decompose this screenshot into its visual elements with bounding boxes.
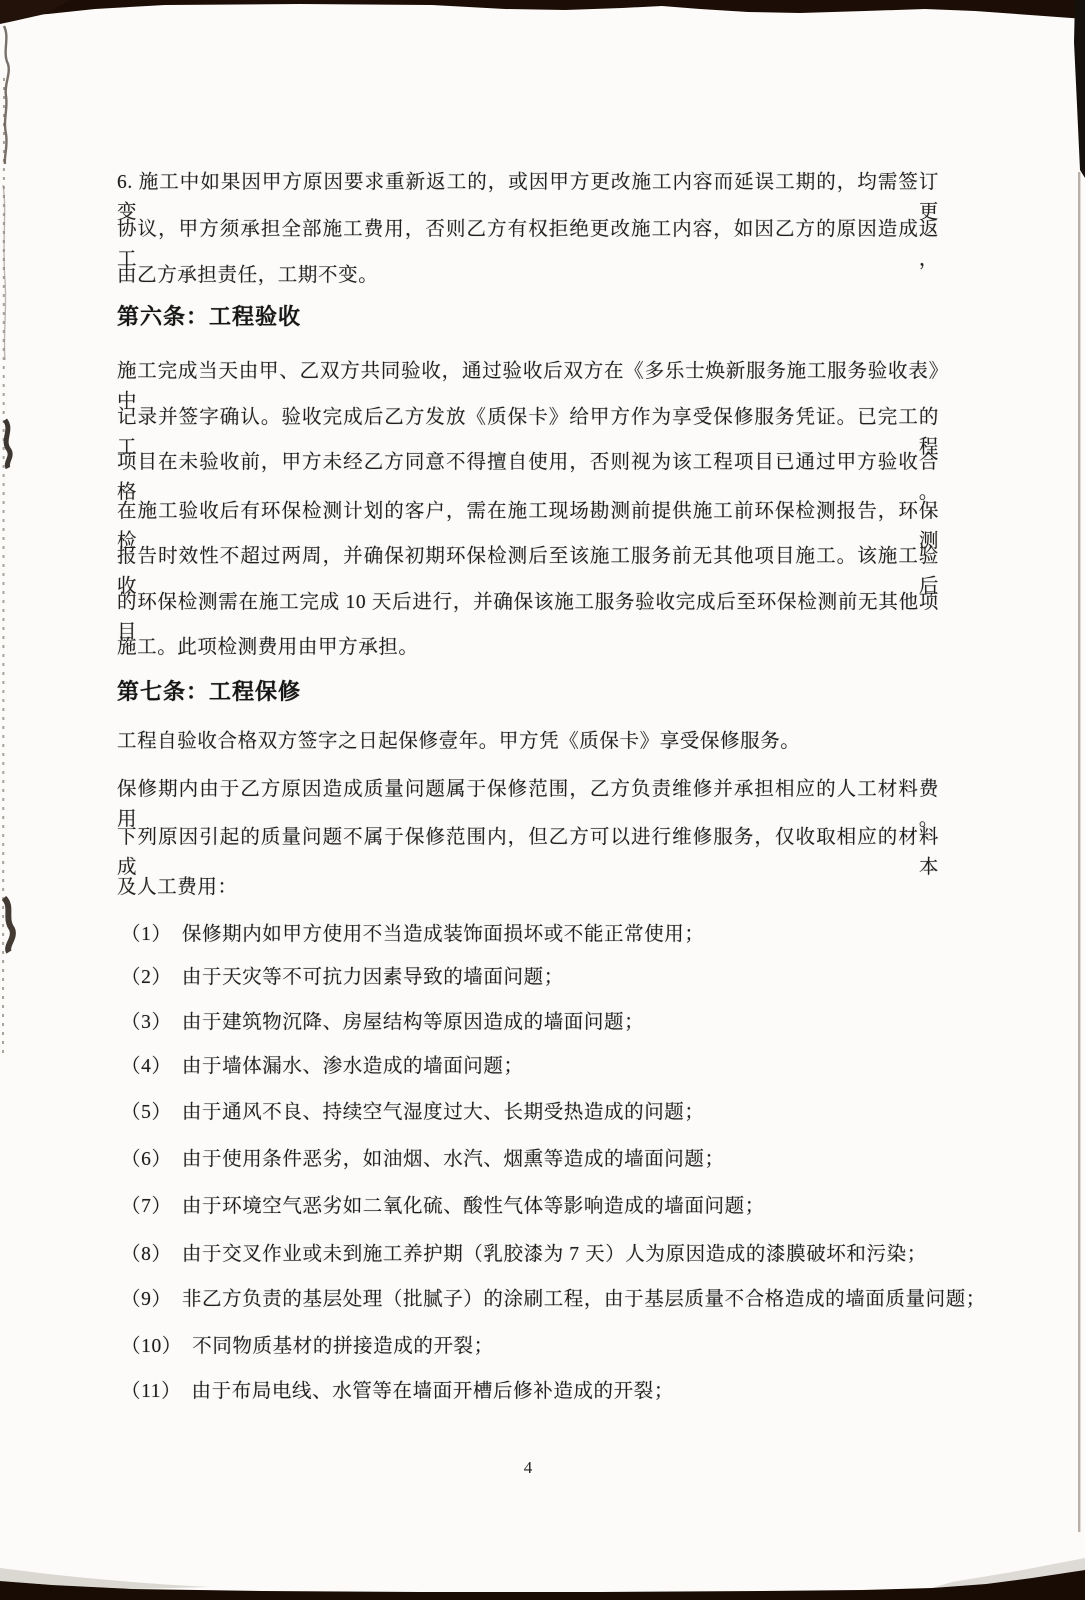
exclusion-item: （5） 由于通风不良、持续空气湿度过大、长期受热造成的问题； xyxy=(121,1098,943,1128)
contract-line: 施工完成当天由甲、乙双方共同验收，通过验收后双方在《多乐士焕新服务施工服务验收表… xyxy=(117,357,939,387)
contract-line: 由乙方承担责任，工期不变。 xyxy=(117,261,939,291)
exclusion-item: （8） 由于交叉作业或未到施工养护期（乳胶漆为 7 天）人为原因造成的漆膜破坏和… xyxy=(121,1240,943,1270)
contract-line: 在施工验收后有环保检测计划的客户，需在施工现场勘测前提供施工前环保检测报告，环保… xyxy=(117,497,939,527)
exclusion-item: （4） 由于墙体漏水、渗水造成的墙面问题； xyxy=(121,1052,943,1082)
exclusion-item: （7） 由于环境空气恶劣如二氧化硫、酸性气体等影响造成的墙面问题； xyxy=(121,1192,943,1222)
scanned-contract-page: 6. 施工中如果因甲方原因要求重新返工的，或因甲方更改施工内容而延误工期的，均需… xyxy=(0,0,1085,1600)
contract-line: 6. 施工中如果因甲方原因要求重新返工的，或因甲方更改施工内容而延误工期的，均需… xyxy=(117,168,939,198)
contract-line: 施工。此项检测费用由甲方承担。 xyxy=(117,633,939,663)
contract-line: 项目在未验收前，甲方未经乙方同意不得擅自使用，否则视为该工程项目已通过甲方验收合… xyxy=(117,448,939,478)
exclusion-item: （10） 不同物质基材的拼接造成的开裂； xyxy=(121,1332,943,1362)
contract-line: 记录并签字确认。验收完成后乙方发放《质保卡》给甲方作为享受保修服务凭证。已完工的… xyxy=(117,403,939,433)
contract-line: 及人工费用： xyxy=(117,873,939,903)
contract-line: 保修期内由于乙方原因造成质量问题属于保修范围，乙方负责维修并承担相应的人工材料费… xyxy=(117,775,939,805)
exclusion-item: （1） 保修期内如甲方使用不当造成装饰面损坏或不能正常使用； xyxy=(121,920,943,950)
contract-line: 协议，甲方须承担全部施工费用，否则乙方有权拒绝更改施工内容，如因乙方的原因造成返… xyxy=(117,215,939,245)
exclusion-item: （11） 由于布局电线、水管等在墙面开槽后修补造成的开裂； xyxy=(121,1377,943,1407)
exclusion-item: （6） 由于使用条件恶劣，如油烟、水汽、烟熏等造成的墙面问题； xyxy=(121,1145,943,1175)
contract-line: 报告时效性不超过两周，并确保初期环保检测后至该施工服务前无其他项目施工。该施工验… xyxy=(117,542,939,572)
clause6-heading: 第六条：工程验收 xyxy=(117,302,939,332)
exclusion-item: （9） 非乙方负责的基层处理（批腻子）的涂刷工程，由于基层质量不合格造成的墙面质… xyxy=(121,1285,943,1315)
page-number: 4 xyxy=(117,1458,939,1478)
contract-line: 的环保检测需在施工完成 10 天后进行，并确保该施工服务验收完成后至环保检测前无… xyxy=(117,588,939,618)
contract-line: 下列原因引起的质量问题不属于保修范围内，但乙方可以进行维修服务，仅收取相应的材料… xyxy=(117,823,939,853)
exclusion-item: （2） 由于天灾等不可抗力因素导致的墙面问题； xyxy=(121,963,943,993)
contract-line: 工程自验收合格双方签字之日起保修壹年。甲方凭《质保卡》享受保修服务。 xyxy=(117,727,939,757)
exclusion-item: （3） 由于建筑物沉降、房屋结构等原因造成的墙面问题； xyxy=(121,1008,943,1038)
clause7-heading: 第七条：工程保修 xyxy=(117,677,939,707)
